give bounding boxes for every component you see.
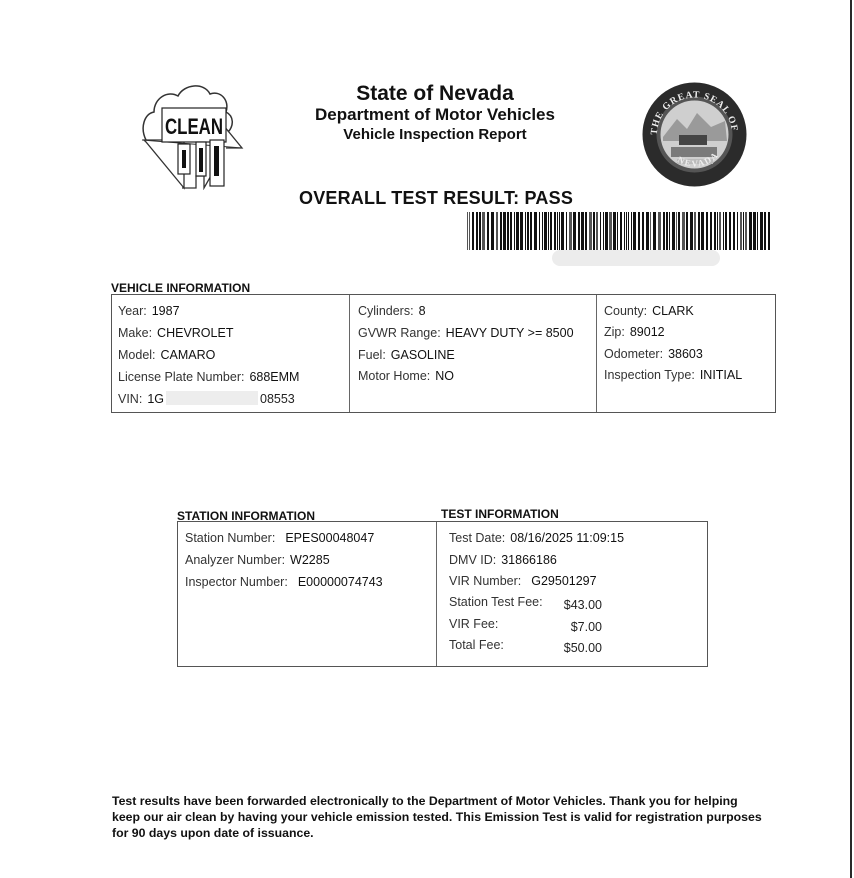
field-test-date: Test Date:08/16/2025 11:09:15: [449, 531, 624, 545]
overall-result-value: PASS: [525, 188, 573, 208]
field-odometer: Odometer:38603: [604, 347, 703, 361]
column-divider: [436, 522, 437, 666]
field-make: Make:CHEVROLET: [118, 326, 233, 340]
overall-result-label: OVERALL TEST RESULT:: [299, 188, 519, 208]
vehicle-info-heading: VEHICLE INFORMATION: [111, 281, 250, 295]
svg-text:CLEAN: CLEAN: [165, 114, 223, 139]
column-divider: [596, 295, 597, 412]
field-license-plate: License Plate Number:688EMM: [118, 370, 299, 384]
field-motor-home: Motor Home:NO: [358, 369, 454, 383]
barcode: [467, 212, 774, 250]
field-county: County:CLARK: [604, 304, 694, 318]
field-zip: Zip:89012: [604, 325, 665, 339]
field-model: Model:CAMARO: [118, 348, 215, 362]
field-year: Year:1987: [118, 304, 180, 318]
field-vin: VIN:1G08553: [118, 391, 295, 406]
overall-test-result: OVERALL TEST RESULT: PASS: [299, 188, 573, 209]
field-analyzer-number: Analyzer Number:W2285: [185, 553, 330, 567]
station-test-fee-value: $43.00: [538, 598, 602, 612]
field-inspector-number: Inspector Number:E00000074743: [185, 575, 383, 589]
field-station-test-fee: Station Test Fee:: [449, 595, 543, 609]
state-title: State of Nevada: [300, 82, 570, 106]
field-total-fee: Total Fee:: [449, 638, 504, 652]
field-fuel: Fuel:GASOLINE: [358, 348, 455, 362]
vehicle-info-box: Year:1987 Make:CHEVROLET Model:CAMARO Li…: [111, 294, 776, 413]
column-divider: [349, 295, 350, 412]
total-fee-value: $50.00: [538, 641, 602, 655]
clean-air-logo: CLEAN: [138, 78, 248, 190]
field-inspection-type: Inspection Type:INITIAL: [604, 368, 742, 382]
vir-fee-value: $7.00: [538, 620, 602, 634]
field-vir-fee: VIR Fee:: [449, 617, 498, 631]
scan-edge-line: [850, 0, 852, 878]
department-title: Department of Motor Vehicles: [290, 105, 580, 125]
redacted-region: [552, 250, 720, 266]
report-title: Vehicle Inspection Report: [300, 126, 570, 143]
station-test-info-box: Station Number:EPES00048047 Analyzer Num…: [177, 521, 708, 667]
vin-redaction: [166, 391, 258, 405]
footer-notice: Test results have been forwarded electro…: [112, 793, 762, 841]
field-vir-number: VIR Number:G29501297: [449, 574, 597, 588]
test-info-heading: TEST INFORMATION: [441, 507, 559, 521]
field-cylinders: Cylinders:8: [358, 304, 426, 318]
nevada-seal-icon: THE GREAT SEAL OF THE STATE OF NEVADA: [641, 81, 748, 188]
field-gvwr-range: GVWR Range:HEAVY DUTY >= 8500: [358, 326, 574, 340]
field-dmv-id: DMV ID:31866186: [449, 553, 557, 567]
field-station-number: Station Number:EPES00048047: [185, 531, 374, 545]
